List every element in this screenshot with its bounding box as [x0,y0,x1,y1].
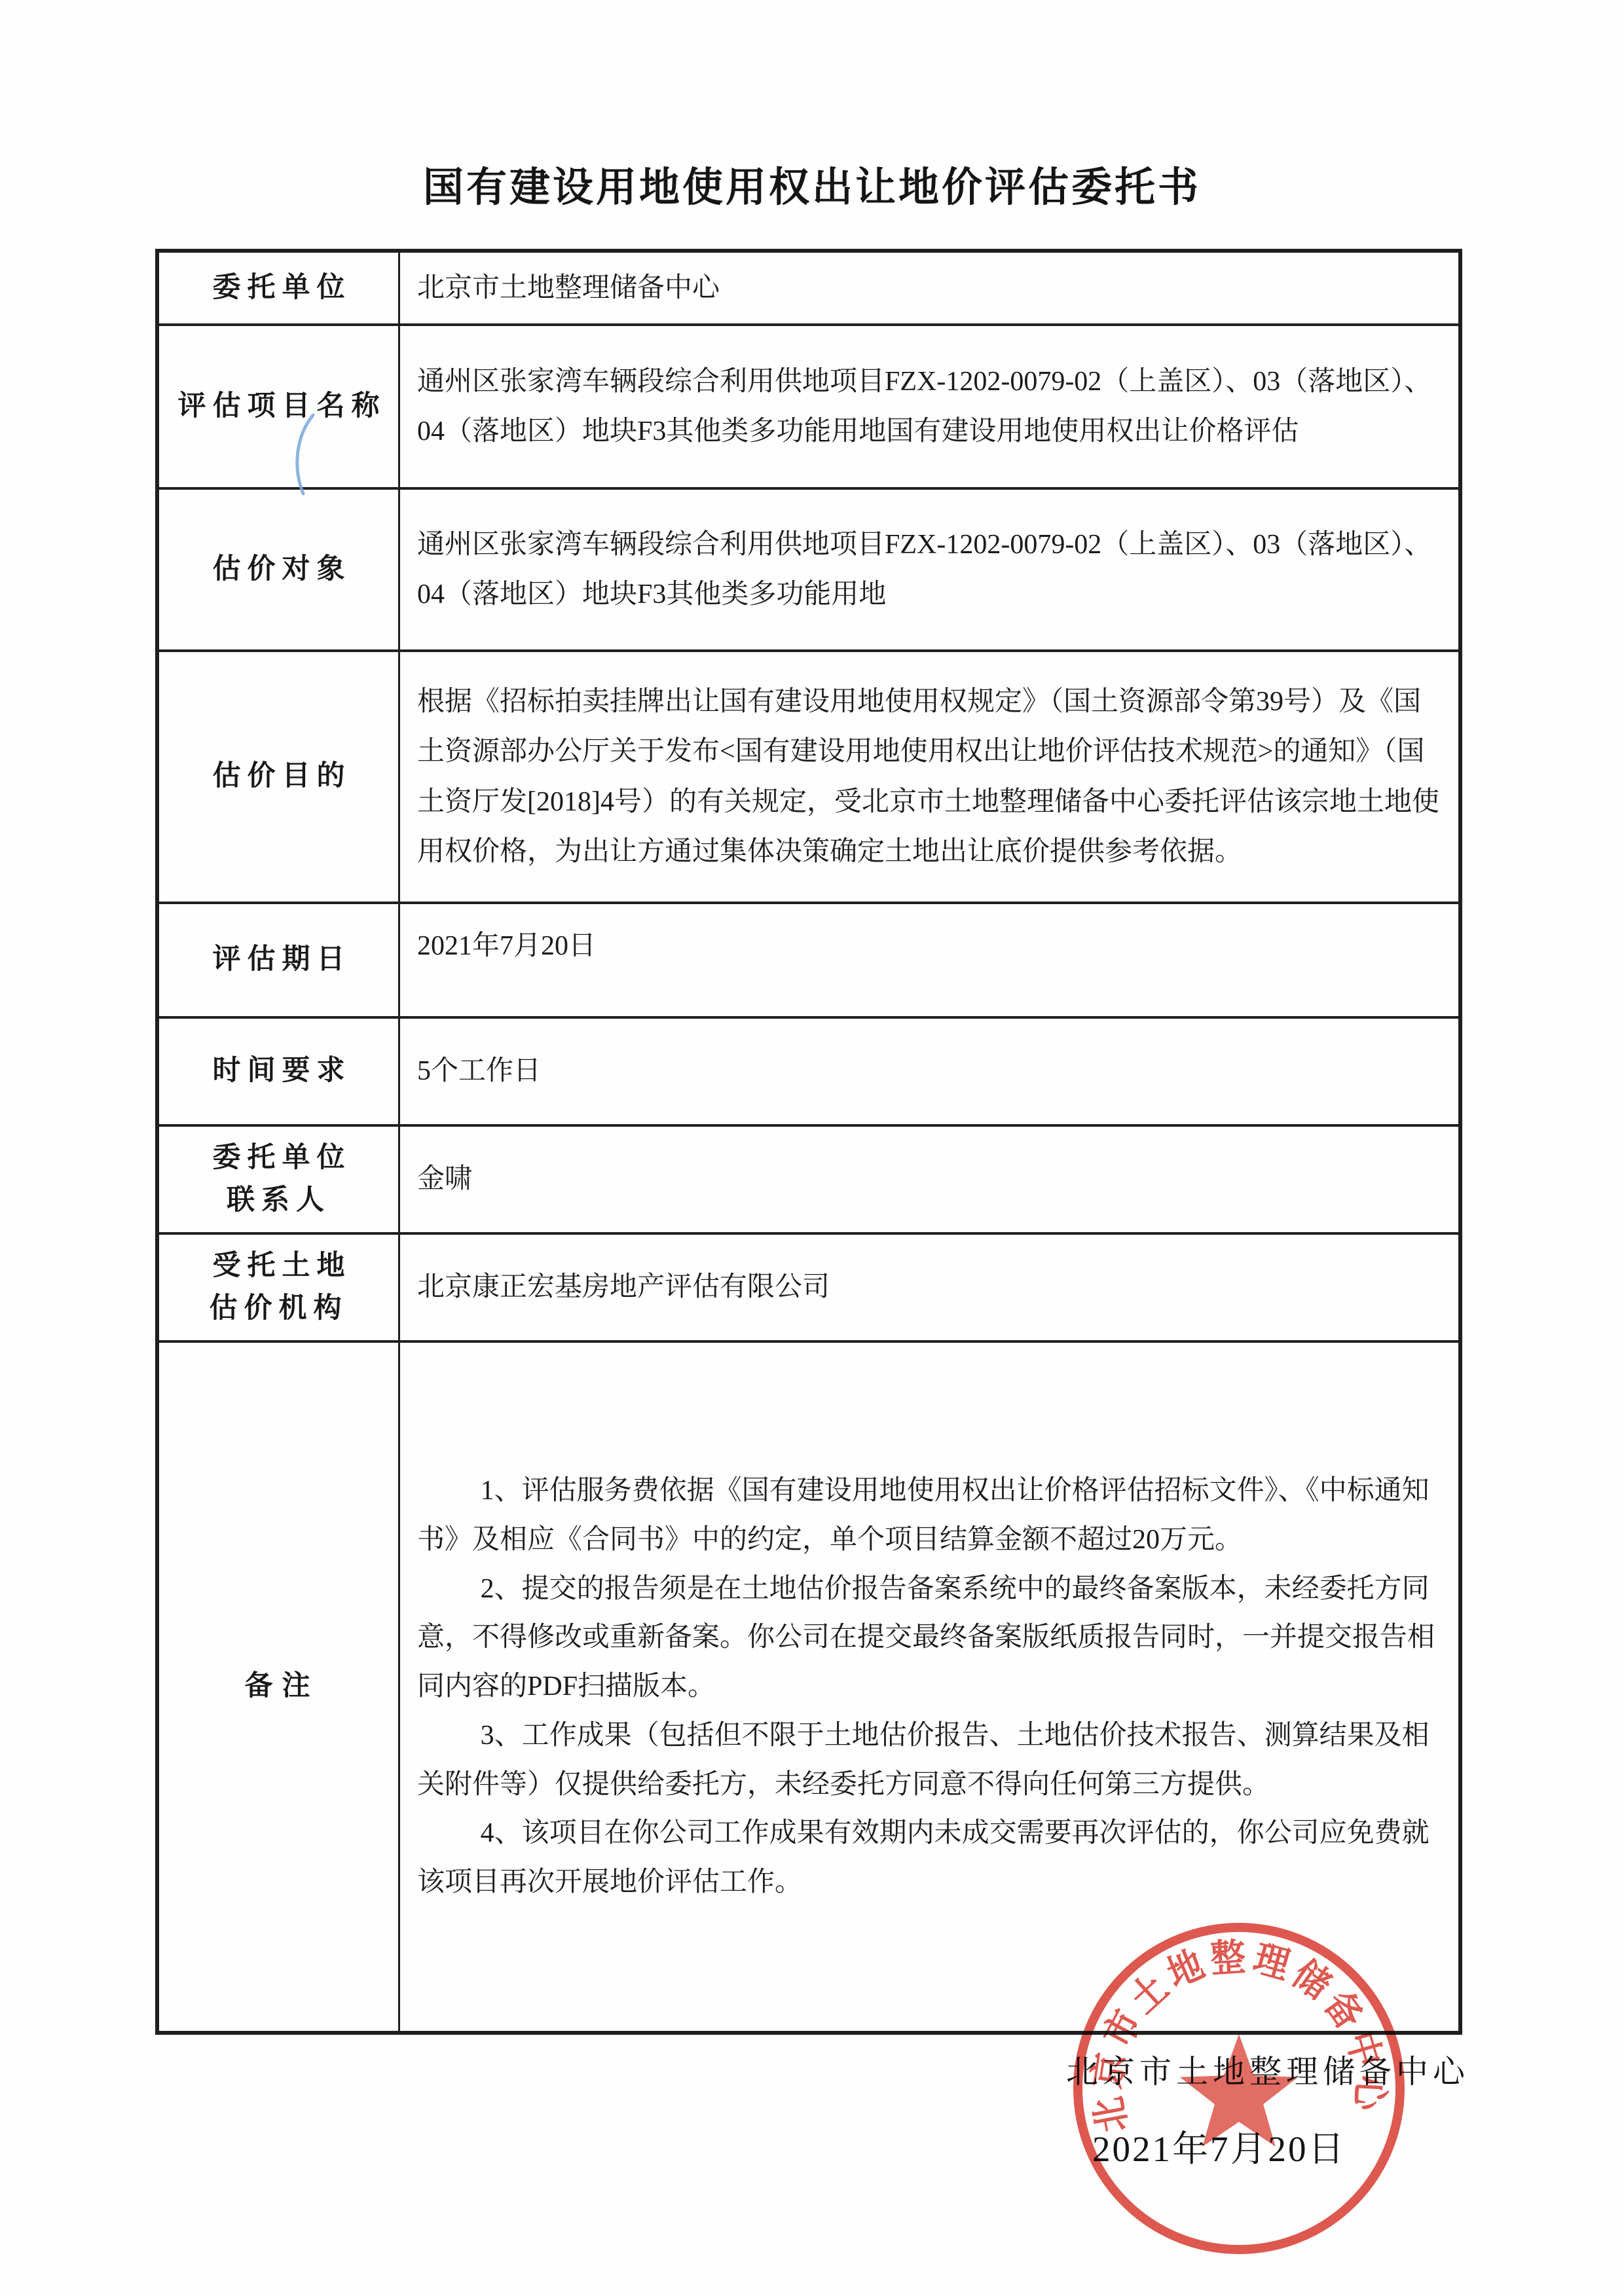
footer-date: 2021年7月20日 [1092,2120,1346,2172]
row-label: 委托单位 [159,253,400,323]
table-row-client-contact: 委托单位 联系人 金啸 [159,1127,1458,1235]
table-row-remarks: 备注 1、评估服务费依据《国有建设用地使用权出让价格评估招标文件》、《中标通知书… [159,1343,1458,2031]
remark-paragraph: 4、该项目在你公司工作成果有效期内未成交需要再次评估的，你公司应免费就该项目再次… [417,1809,1440,1907]
row-value: 2021年7月20日 [400,904,1458,1016]
row-value: 5个工作日 [400,1019,1458,1124]
table-row-valuation-object: 估价对象 通州区张家湾车辆段综合利用供地项目FZX-1202-0079-02（上… [159,490,1458,652]
table-row-time-requirement: 时间要求 5个工作日 [159,1019,1458,1127]
table-row-appraisal-agency: 受托土地 估价机构 北京康正宏基房地产评估有限公司 [159,1235,1458,1343]
row-value: 金啸 [400,1127,1458,1232]
row-label: 估价目的 [159,652,400,902]
footer-org-name: 北京市土地整理储备中心 [1066,2047,1469,2092]
table-row-client: 委托单位 北京市土地整理储备中心 [159,253,1458,326]
row-value: 1、评估服务费依据《国有建设用地使用权出让价格评估招标文件》、《中标通知书》及相… [400,1343,1458,2031]
row-label: 委托单位 联系人 [159,1127,400,1232]
row-label: 受托土地 估价机构 [159,1235,400,1340]
row-label: 评估期日 [159,904,400,1016]
page: 国有建设用地使用权出让地价评估委托书 委托单位 北京市土地整理储备中心 评估项目… [0,0,1624,2296]
row-value: 北京康正宏基房地产评估有限公司 [400,1235,1458,1340]
row-value: 通州区张家湾车辆段综合利用供地项目FZX-1202-0079-02（上盖区）、0… [400,490,1458,649]
table-row-project-name: 评估项目名称 通州区张家湾车辆段综合利用供地项目FZX-1202-0079-02… [159,326,1458,490]
row-label: 评估项目名称 [159,326,400,487]
commission-table: 委托单位 北京市土地整理储备中心 评估项目名称 通州区张家湾车辆段综合利用供地项… [155,249,1462,2035]
pen-mark [289,411,323,498]
remark-paragraph: 3、工作成果（包括但不限于土地估价报告、土地估价技术报告、测算结果及相关附件等）… [417,1711,1440,1810]
remark-paragraph: 1、评估服务费依据《国有建设用地使用权出让价格评估招标文件》、《中标通知书》及相… [417,1467,1440,1565]
table-row-valuation-purpose: 估价目的 根据《招标拍卖挂牌出让国有建设用地使用权规定》（国土资源部令第39号）… [159,652,1458,904]
remark-paragraph: 2、提交的报告须是在土地估价报告备案系统中的最终备案版本，未经委托方同意，不得修… [417,1565,1440,1711]
row-label: 备注 [159,1343,400,2031]
table-row-valuation-date: 评估期日 2021年7月20日 [159,904,1458,1019]
document-title: 国有建设用地使用权出让地价评估委托书 [0,155,1624,213]
row-value: 通州区张家湾车辆段综合利用供地项目FZX-1202-0079-02（上盖区）、0… [400,326,1458,487]
row-label: 时间要求 [159,1019,400,1124]
row-value: 北京市土地整理储备中心 [400,253,1458,323]
row-label: 估价对象 [159,490,400,649]
row-value: 根据《招标拍卖挂牌出让国有建设用地使用权规定》（国土资源部令第39号）及《国土资… [400,652,1458,902]
